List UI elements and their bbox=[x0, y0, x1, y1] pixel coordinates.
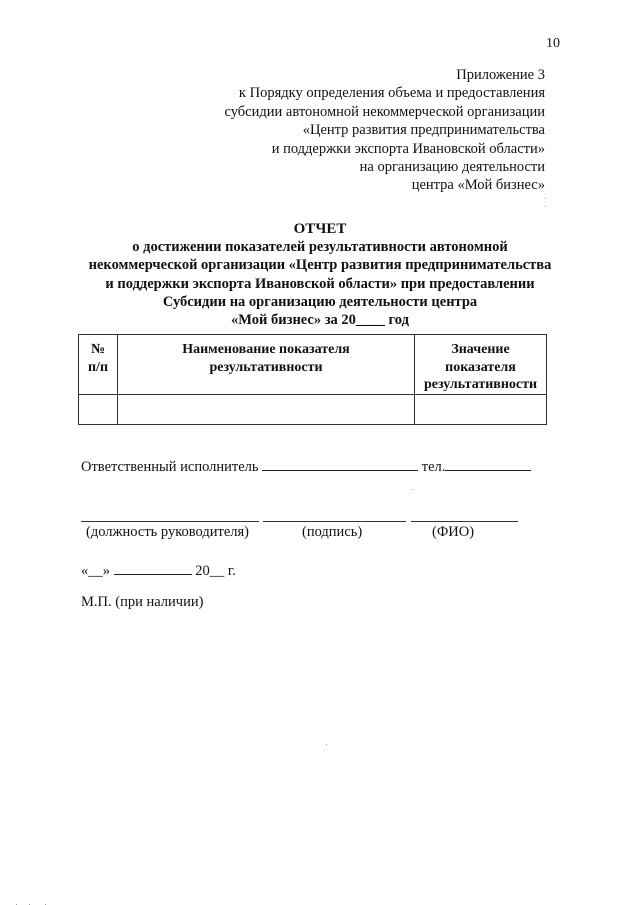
title-line: некоммерческой организации «Центр развит… bbox=[60, 256, 580, 274]
cell-num[interactable] bbox=[79, 394, 118, 424]
header-num: № п/п bbox=[79, 335, 118, 395]
phone-label: тел. bbox=[422, 459, 446, 475]
scan-speck bbox=[326, 744, 327, 745]
appendix-line: Приложение 3 bbox=[125, 66, 545, 84]
report-heading: ОТЧЕТ bbox=[60, 220, 580, 238]
appendix-line: центра «Мой бизнес» bbox=[125, 176, 545, 194]
report-title: ОТЧЕТ о достижении показателей результат… bbox=[60, 220, 580, 329]
responsible-field[interactable] bbox=[262, 456, 418, 471]
signature-field[interactable] bbox=[263, 521, 406, 522]
cell-indicator-value[interactable] bbox=[415, 394, 547, 424]
signature-label: (подпись) bbox=[302, 524, 362, 541]
date-year[interactable]: 20__ bbox=[195, 563, 224, 579]
position-field[interactable] bbox=[81, 521, 259, 522]
appendix-header: Приложение 3 к Порядку определения объем… bbox=[125, 66, 545, 195]
scan-speck bbox=[545, 206, 546, 207]
date-year-suffix: г. bbox=[228, 563, 236, 579]
header-indicator-value: Значение показателя результативности bbox=[415, 335, 547, 395]
appendix-line: и поддержки экспорта Ивановской области» bbox=[125, 140, 545, 158]
appendix-line: к Порядку определения объема и предостав… bbox=[125, 84, 545, 102]
indicators-table: № п/п Наименование показателя результати… bbox=[78, 334, 547, 425]
date-line: «__» 20__ г. bbox=[81, 560, 236, 580]
name-label: (ФИО) bbox=[432, 524, 474, 541]
date-month-field[interactable] bbox=[114, 560, 192, 575]
cell-indicator-name[interactable] bbox=[118, 394, 415, 424]
appendix-line: «Центр развития предпринимательства bbox=[125, 121, 545, 139]
table-header-row: № п/п Наименование показателя результати… bbox=[79, 335, 547, 395]
title-line: о достижении показателей результативност… bbox=[60, 238, 580, 256]
phone-field[interactable] bbox=[445, 456, 531, 471]
scan-speck bbox=[412, 489, 413, 490]
header-indicator-name: Наименование показателя результативности bbox=[118, 335, 415, 395]
appendix-line: на организацию деятельности bbox=[125, 158, 545, 176]
page-number: 10 bbox=[520, 36, 560, 52]
date-day[interactable]: «__» bbox=[81, 563, 110, 579]
scan-speck bbox=[545, 198, 546, 199]
title-line: Субсидии на организацию деятельности цен… bbox=[60, 293, 580, 311]
responsible-label: Ответственный исполнитель bbox=[81, 459, 259, 475]
responsible-line: Ответственный исполнитель тел. bbox=[81, 456, 531, 476]
appendix-line: субсидии автономной некоммерческой орган… bbox=[125, 103, 545, 121]
stamp-note: М.П. (при наличии) bbox=[81, 594, 203, 611]
name-field[interactable] bbox=[411, 521, 518, 522]
position-label: (должность руководителя) bbox=[86, 524, 249, 541]
table-row bbox=[79, 394, 547, 424]
title-line: и поддержки экспорта Ивановской области»… bbox=[60, 275, 580, 293]
title-line: «Мой бизнес» за 20____ год bbox=[60, 311, 580, 329]
